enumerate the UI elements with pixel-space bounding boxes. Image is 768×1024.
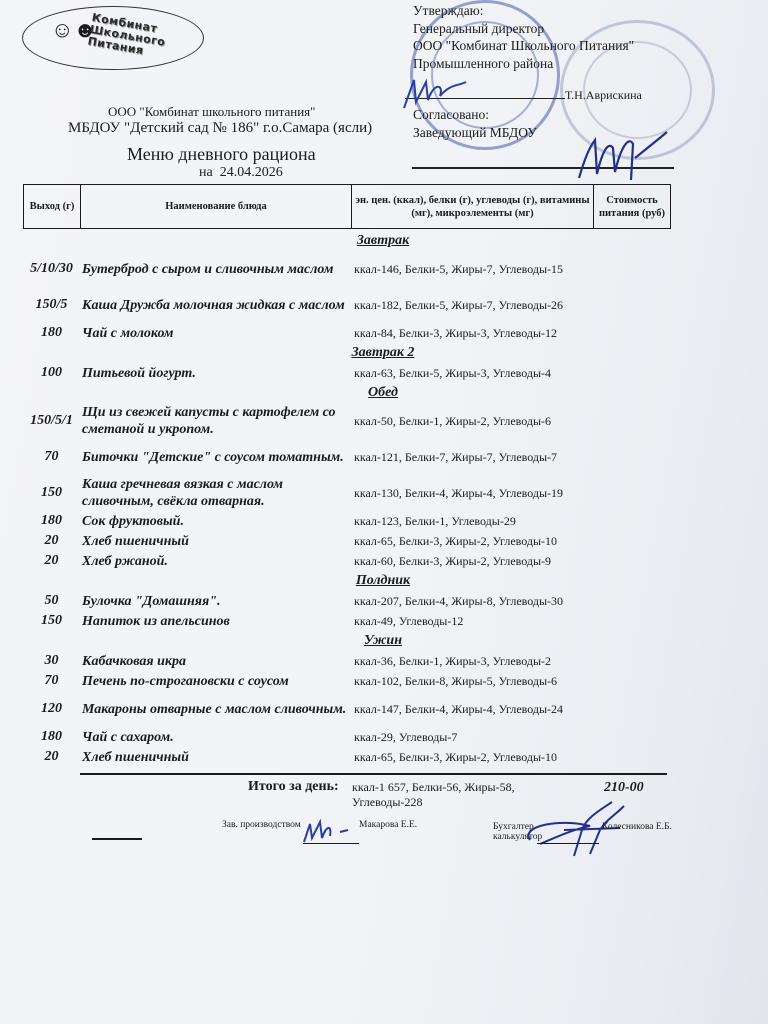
nutrition-info: ккал-123, Белки-1, Углеводы-29: [352, 514, 683, 529]
menu-row: 150 Каша гречневая вязкая с маслом сливо…: [23, 475, 683, 511]
menu-row: 150/5 Каша Дружба молочная жидкая с масл…: [23, 287, 683, 323]
organization-name: ООО "Комбинат школьного питания": [108, 104, 315, 120]
menu-row: 150 Напиток из апельсинов ккал-49, Углев…: [23, 611, 683, 631]
approval-block: Утверждаю: Генеральный директор ООО "Ком…: [413, 2, 634, 72]
menu-row: 100 Питьевой йогурт. ккал-63, Белки-5, Ж…: [23, 363, 683, 383]
accountant-signature-line: [537, 843, 599, 844]
output-weight: 20: [23, 749, 80, 765]
column-header-nutrition: эн. цен. (ккал), белки (г), углеводы (г)…: [352, 185, 594, 228]
output-weight: 70: [23, 449, 80, 465]
company-logo: ☺☻ Комбинат Школьного Питания: [22, 6, 204, 70]
total-nutrition: ккал-1 657, Белки-56, Жиры-58, Углеводы-…: [352, 780, 532, 810]
head-signature-icon: [575, 128, 670, 188]
approval-line: Генеральный директор: [413, 20, 634, 38]
total-label: Итого за день:: [248, 779, 339, 795]
output-weight: 100: [23, 365, 80, 381]
menu-row: 20 Хлеб ржаной. ккал-60, Белки-3, Жиры-2…: [23, 551, 683, 571]
output-weight: 150/5: [23, 297, 80, 313]
dish-name: Печень по-строгановски с соусом: [80, 673, 352, 690]
nutrition-info: ккал-130, Белки-4, Жиры-4, Углеводы-19: [352, 486, 683, 501]
nutrition-info: ккал-147, Белки-4, Жиры-4, Углеводы-24: [352, 702, 683, 717]
dish-name: Хлеб ржаной.: [80, 553, 352, 570]
dish-name: Чай с молоком: [80, 325, 352, 342]
section-title: Ужин: [23, 631, 683, 651]
section-title: Обед: [23, 383, 683, 403]
nutrition-info: ккал-65, Белки-3, Жиры-2, Углеводы-10: [352, 534, 683, 549]
approval-line: ООО "Комбинат Школьного Питания": [413, 37, 634, 55]
dish-name: Булочка "Домашняя".: [80, 593, 352, 610]
menu-row: 180 Сок фруктовый. ккал-123, Белки-1, Уг…: [23, 511, 683, 531]
menu-body: Завтрак 5/10/30 Бутерброд с сыром и слив…: [23, 231, 683, 767]
dish-name: Чай с сахаром.: [80, 729, 352, 746]
total-cost: 210-00: [604, 780, 644, 796]
agreement-line: Заведующий МБДОУ: [413, 124, 537, 142]
output-weight: 30: [23, 653, 80, 669]
dish-name: Щи из свежей капусты с картофелем со сме…: [80, 404, 352, 438]
nutrition-info: ккал-29, Углеводы-7: [352, 730, 683, 745]
dish-name: Напиток из апельсинов: [80, 613, 352, 630]
director-signature-icon: [400, 72, 470, 112]
dish-name: Бутерброд с сыром и сливочным маслом: [80, 261, 352, 278]
table-bottom-divider: [80, 773, 667, 775]
menu-row: 20 Хлеб пшеничный ккал-65, Белки-3, Жиры…: [23, 747, 683, 767]
dish-name: Сок фруктовый.: [80, 513, 352, 530]
nutrition-info: ккал-102, Белки-8, Жиры-5, Углеводы-6: [352, 674, 683, 689]
production-role: Зав. производством: [222, 820, 301, 830]
nutrition-info: ккал-63, Белки-5, Жиры-3, Углеводы-4: [352, 366, 683, 381]
nutrition-info: ккал-60, Белки-3, Жиры-2, Углеводы-9: [352, 554, 683, 569]
approval-signer: Т.Н.Аврискина: [565, 88, 642, 103]
nutrition-info: ккал-50, Белки-1, Жиры-2, Углеводы-6: [352, 414, 683, 429]
dish-name: Макароны отварные с маслом сливочным.: [80, 701, 352, 718]
menu-row: 5/10/30 Бутерброд с сыром и сливочным ма…: [23, 251, 683, 287]
section-title: Полдник: [23, 571, 683, 591]
approval-line: Утверждаю:: [413, 2, 634, 20]
nutrition-info: ккал-49, Углеводы-12: [352, 614, 683, 629]
dish-name: Кабачковая икра: [80, 653, 352, 670]
accountant-name: Колесникова Е.Б.: [602, 822, 672, 832]
dish-name: Каша Дружба молочная жидкая с маслом: [80, 297, 352, 314]
dish-name: Хлеб пшеничный: [80, 749, 352, 766]
section-title: Завтрак 2: [23, 343, 683, 363]
document-title: Меню дневного рациона: [127, 144, 316, 165]
date-value: 24.04.2026: [220, 165, 283, 180]
section-title: Завтрак: [23, 231, 683, 251]
dish-name: Хлеб пшеничный: [80, 533, 352, 550]
nutrition-info: ккал-36, Белки-1, Жиры-3, Углеводы-2: [352, 654, 683, 669]
nutrition-info: ккал-65, Белки-3, Жиры-2, Углеводы-10: [352, 750, 683, 765]
menu-row: 120 Макароны отварные с маслом сливочным…: [23, 691, 683, 727]
dish-name: Питьевой йогурт.: [80, 365, 352, 382]
production-signature-line: [303, 843, 359, 844]
menu-row: 150/5/1 Щи из свежей капусты с картофеле…: [23, 403, 683, 439]
logo-brand-text: Комбинат Школьного Питания: [87, 12, 200, 66]
output-weight: 5/10/30: [23, 261, 80, 277]
nutrition-info: ккал-121, Белки-7, Жиры-7, Углеводы-7: [352, 450, 683, 465]
production-signature-icon: [300, 814, 360, 846]
nutrition-info: ккал-207, Белки-4, Жиры-8, Углеводы-30: [352, 594, 683, 609]
output-weight: 180: [23, 513, 80, 529]
menu-row: 20 Хлеб пшеничный ккал-65, Белки-3, Жиры…: [23, 531, 683, 551]
menu-row: 180 Чай с молоком ккал-84, Белки-3, Жиры…: [23, 323, 683, 343]
menu-row: 70 Биточки "Детские" с соусом томатным. …: [23, 439, 683, 475]
production-name: Макарова Е.Е.: [359, 820, 417, 830]
output-weight: 120: [23, 701, 80, 717]
output-weight: 20: [23, 553, 80, 569]
output-weight: 180: [23, 325, 80, 341]
column-header-cost: Стоимость питания (руб): [594, 185, 670, 228]
output-weight: 180: [23, 729, 80, 745]
date-prefix: на: [199, 165, 213, 180]
institution-name: МБДОУ "Детский сад № 186" г.о.Самара (яс…: [68, 120, 372, 137]
output-weight: 150/5/1: [23, 413, 80, 429]
nutrition-info: ккал-84, Белки-3, Жиры-3, Углеводы-12: [352, 326, 683, 341]
nutrition-info: ккал-146, Белки-5, Жиры-7, Углеводы-15: [352, 262, 683, 277]
dish-name: Каша гречневая вязкая с маслом сливочным…: [80, 476, 352, 510]
footer-left-line: [92, 838, 142, 840]
column-header-output: Выход (г): [24, 185, 81, 228]
output-weight: 150: [23, 613, 80, 629]
menu-row: 50 Булочка "Домашняя". ккал-207, Белки-4…: [23, 591, 683, 611]
output-weight: 70: [23, 673, 80, 689]
approval-line: Промышленного района: [413, 55, 634, 73]
output-weight: 50: [23, 593, 80, 609]
nutrition-info: ккал-182, Белки-5, Жиры-7, Углеводы-26: [352, 298, 683, 313]
menu-date: на 24.04.2026: [199, 165, 283, 181]
menu-table-header: Выход (г) Наименование блюда эн. цен. (к…: [23, 184, 671, 229]
menu-row: 30 Кабачковая икра ккал-36, Белки-1, Жир…: [23, 651, 683, 671]
menu-row: 70 Печень по-строгановски с соусом ккал-…: [23, 671, 683, 691]
output-weight: 150: [23, 485, 80, 501]
column-header-dish: Наименование блюда: [81, 185, 352, 228]
output-weight: 20: [23, 533, 80, 549]
menu-row: 180 Чай с сахаром. ккал-29, Углеводы-7: [23, 727, 683, 747]
dish-name: Биточки "Детские" с соусом томатным.: [80, 449, 352, 466]
